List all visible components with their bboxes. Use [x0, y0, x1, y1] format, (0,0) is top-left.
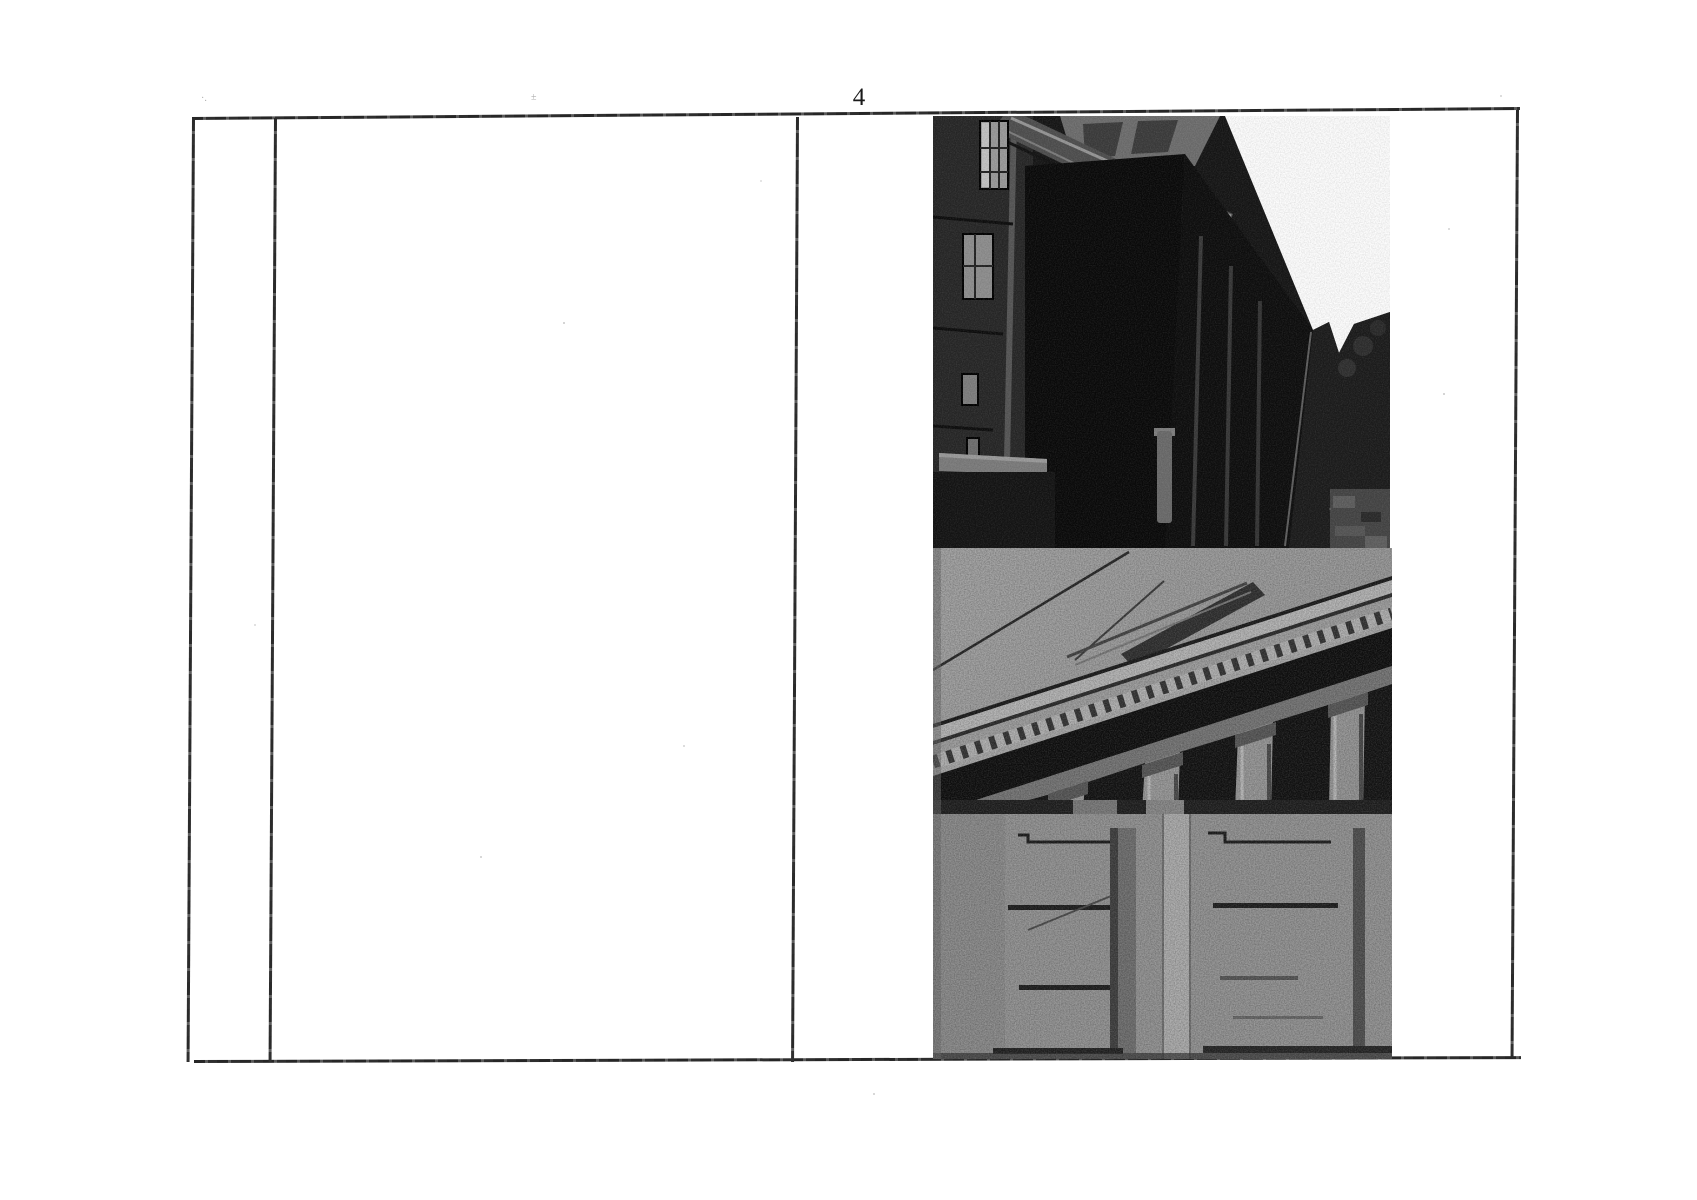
scan-speck	[563, 322, 565, 324]
table-border-left	[187, 118, 195, 1062]
scan-speck	[1329, 508, 1331, 510]
page-number: 4	[845, 84, 873, 112]
scanned-document-page: 4 ·. ±	[0, 0, 1697, 1200]
table-cell-3-photos	[799, 117, 1516, 1058]
scan-speck	[683, 745, 685, 747]
photo-cornice-colonnade	[933, 548, 1392, 1059]
scan-speck	[480, 856, 482, 858]
photo-building-corner	[933, 116, 1390, 548]
scan-speck	[760, 180, 762, 182]
scan-speck	[1443, 393, 1445, 395]
scan-speck	[873, 1093, 875, 1095]
scan-speck	[1448, 228, 1450, 230]
scan-speck	[254, 624, 256, 626]
table-cell-1	[195, 120, 274, 1058]
table-cell-2	[277, 120, 796, 1058]
scan-smudge: ·.	[201, 93, 207, 104]
scan-smudge: ±	[531, 92, 537, 103]
scan-speck	[1500, 95, 1502, 97]
